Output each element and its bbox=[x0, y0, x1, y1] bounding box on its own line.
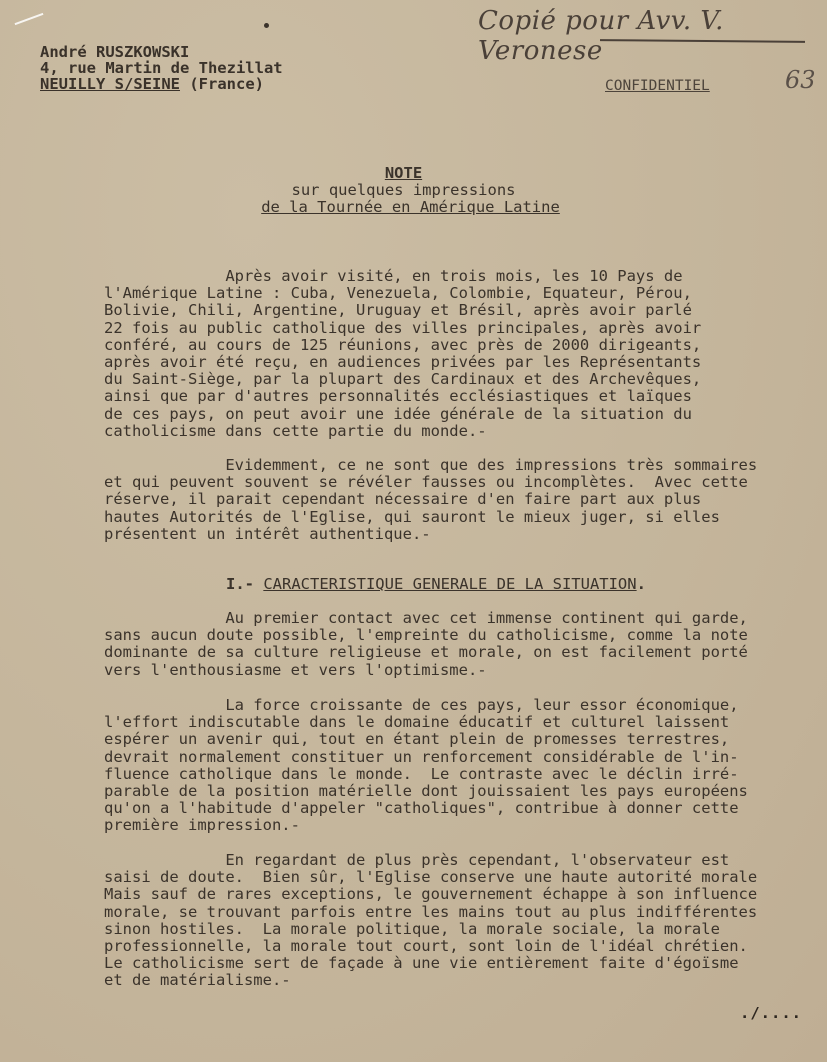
text-line: Bolivie, Chili, Argentine, Uruguay et Br… bbox=[104, 302, 809, 319]
text-line: réserve, il parait cependant nécessaire … bbox=[104, 491, 809, 508]
street-address: 4, rue Martin de Thezillat bbox=[40, 60, 283, 76]
text-line: l'Amérique Latine : Cuba, Venezuela, Col… bbox=[104, 285, 809, 302]
document-title: NOTE bbox=[0, 165, 817, 181]
handwritten-note: Copié pour Avv. V. Veronese bbox=[478, 6, 827, 66]
text-line: du Saint-Siège, par la plupart des Cardi… bbox=[104, 371, 809, 388]
text-line: dominante de sa culture religieuse et mo… bbox=[104, 644, 809, 661]
text-line: devrait normalement constituer un renfor… bbox=[104, 749, 809, 766]
section-title: CARACTERISTIQUE GENERALE DE LA SITUATION bbox=[263, 575, 636, 593]
text-line: morale, se trouvant parfois entre les ma… bbox=[104, 904, 809, 921]
body-paragraph: Evidemment, ce ne sont que des impressio… bbox=[104, 457, 809, 543]
text-line: vers l'enthousiasme et vers l'optimisme.… bbox=[104, 662, 809, 679]
document-page: Copié pour Avv. V. Veronese André RUSZKO… bbox=[0, 0, 827, 1062]
text-line: après avoir été reçu, en audiences privé… bbox=[104, 354, 809, 371]
text-line: saisi de doute. Bien sûr, l'Eglise conse… bbox=[104, 869, 809, 886]
text-line: 22 fois au public catholique des villes … bbox=[104, 320, 809, 337]
country: (France) bbox=[189, 75, 264, 93]
text-line: La force croissante de ces pays, leur es… bbox=[104, 697, 809, 714]
body-paragraph: Après avoir visité, en trois mois, les 1… bbox=[104, 268, 809, 440]
text-line: sans aucun doute possible, l'empreinte d… bbox=[104, 627, 809, 644]
text-line: Mais sauf de rares exceptions, le gouver… bbox=[104, 886, 809, 903]
confidential-label: CONFIDENTIEL bbox=[605, 78, 710, 94]
body-paragraph: La force croissante de ces pays, leur es… bbox=[104, 697, 809, 835]
ink-dot bbox=[264, 23, 269, 28]
text-line: hautes Autorités de l'Eglise, qui sauron… bbox=[104, 509, 809, 526]
text-line: Le catholicisme sert de façade à une vie… bbox=[104, 955, 809, 972]
continuation-mark: ./.... bbox=[740, 1004, 802, 1022]
text-line: première impression.- bbox=[104, 817, 809, 834]
text-line: et de matérialisme.- bbox=[104, 972, 809, 989]
text-line: conféré, au cours de 125 réunions, avec … bbox=[104, 337, 809, 354]
text-line: ainsi que par d'autres personnalités ecc… bbox=[104, 388, 809, 405]
text-line: Après avoir visité, en trois mois, les 1… bbox=[104, 268, 809, 285]
text-line: professionnelle, la morale tout court, s… bbox=[104, 938, 809, 955]
text-line: sinon hostiles. La morale politique, la … bbox=[104, 921, 809, 938]
text-line: qu'on a l'habitude d'appeler "catholique… bbox=[104, 800, 809, 817]
text-line: de ces pays, on peut avoir une idée géné… bbox=[104, 406, 809, 423]
document-subtitle: sur quelques impressions bbox=[0, 182, 817, 198]
city: NEUILLY S/SEINE bbox=[40, 75, 180, 93]
sender-address: André RUSZKOWSKI 4, rue Martin de Thezil… bbox=[40, 44, 283, 92]
section-heading: I.- CARACTERISTIQUE GENERALE DE LA SITUA… bbox=[226, 575, 646, 593]
body-paragraph: Au premier contact avec cet immense cont… bbox=[104, 610, 809, 679]
text-line: fluence catholique dans le monde. Le con… bbox=[104, 766, 809, 783]
text-line: catholicisme dans cette partie du monde.… bbox=[104, 423, 809, 440]
text-line: En regardant de plus près cependant, l'o… bbox=[104, 852, 809, 869]
page-number: 63 bbox=[785, 66, 816, 94]
text-line: parable de la position matérielle dont j… bbox=[104, 783, 809, 800]
pencil-mark bbox=[15, 13, 44, 25]
text-line: l'effort indiscutable dans le domaine éd… bbox=[104, 714, 809, 731]
document-subtitle-2: de la Tournée en Amérique Latine bbox=[0, 199, 824, 215]
author-name: André RUSZKOWSKI bbox=[40, 44, 283, 60]
text-line: Au premier contact avec cet immense cont… bbox=[104, 610, 809, 627]
section-end: . bbox=[637, 575, 646, 593]
body-paragraph: En regardant de plus près cependant, l'o… bbox=[104, 852, 809, 990]
text-line: espérer un avenir qui, tout en étant ple… bbox=[104, 731, 809, 748]
text-line: présentent un intérêt authentique.- bbox=[104, 526, 809, 543]
text-line: et qui peuvent souvent se révéler fausse… bbox=[104, 474, 809, 491]
section-number: I.- bbox=[226, 575, 263, 593]
city-line: NEUILLY S/SEINE (France) bbox=[40, 76, 283, 92]
text-line: Evidemment, ce ne sont que des impressio… bbox=[104, 457, 809, 474]
